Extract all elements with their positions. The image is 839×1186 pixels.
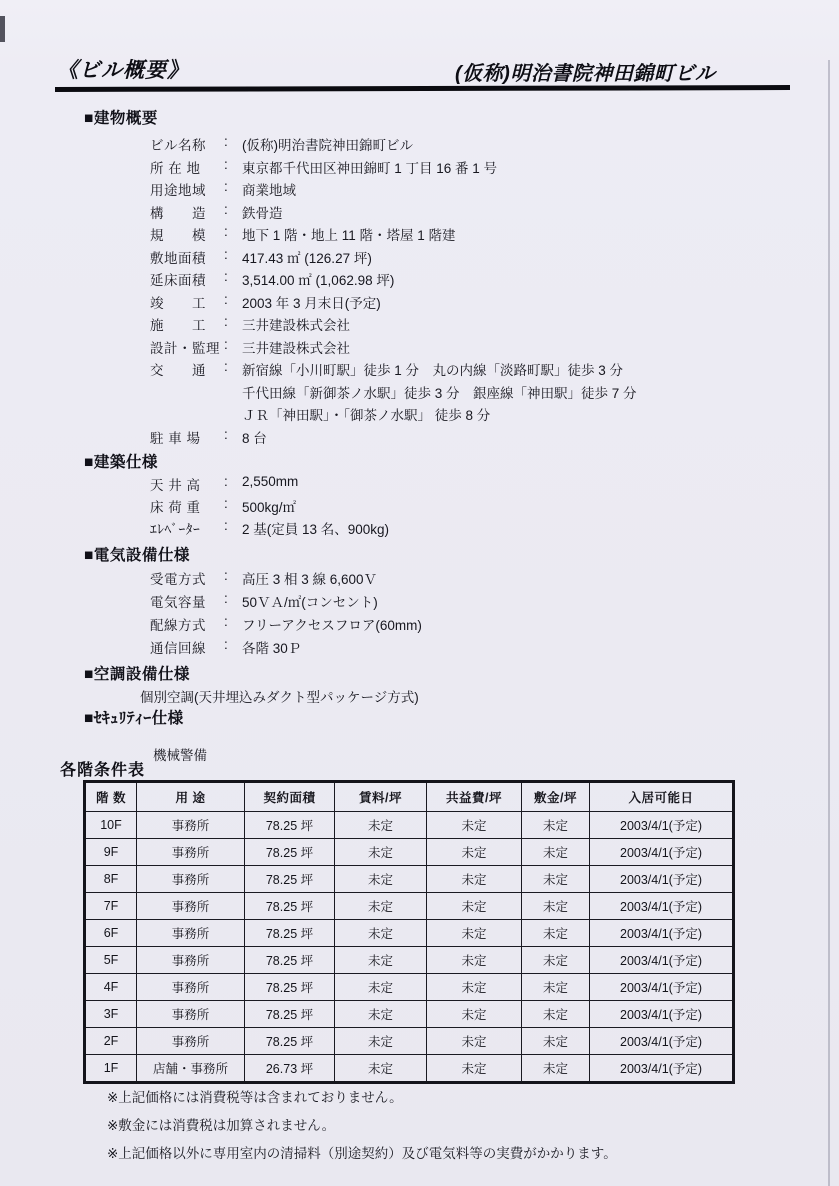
- table-cell: 2003/4/1(予定): [590, 839, 734, 866]
- spec-colon: :: [224, 247, 228, 262]
- floor-table-title: 各階条件表: [60, 757, 145, 780]
- table-cell: 2003/4/1(予定): [590, 920, 734, 947]
- spec-label: 交 通: [150, 359, 206, 379]
- spec-label: 敷地面積: [150, 247, 206, 267]
- table-cell: 78.25 坪: [245, 1001, 335, 1028]
- spec-row: 個別空調(天井埋込みダクト型パッケージ方式): [0, 686, 839, 708]
- spec-row-continuation: 千代田線「新御茶ノ水駅」徒歩 3 分 銀座線「神田駅」徒歩 7 分: [0, 382, 839, 404]
- spec-row: 敷地面積:417.43 ㎡ (126.27 坪): [0, 247, 839, 269]
- spec-value: 各階 30Ｐ: [242, 637, 301, 657]
- table-cell: 未定: [522, 1001, 590, 1028]
- spec-colon: :: [224, 496, 228, 511]
- spec-label: 設計・監理: [150, 337, 220, 357]
- table-cell: 未定: [522, 866, 590, 893]
- table-cell: 未定: [335, 947, 427, 974]
- spec-value: 500kg/㎡: [242, 496, 296, 516]
- section-heading: ■空調設備仕様: [84, 662, 190, 684]
- table-cell: 未定: [427, 1001, 522, 1028]
- spec-colon: :: [224, 568, 228, 583]
- spec-value: 3,514.00 ㎡ (1,062.98 坪): [242, 269, 394, 289]
- table-cell: 未定: [522, 839, 590, 866]
- table-cell: 事務所: [137, 893, 245, 920]
- building-name-title: (仮称)明治書院神田錦町ビル: [455, 57, 715, 86]
- table-row: 3F事務所78.25 坪未定未定未定2003/4/1(予定): [85, 1001, 734, 1028]
- spec-colon: :: [224, 591, 228, 606]
- table-cell: 未定: [522, 893, 590, 920]
- table-cell: 事務所: [137, 1001, 245, 1028]
- spec-label: 駐 車 場: [150, 427, 201, 447]
- table-cell: 未定: [427, 812, 522, 839]
- table-cell: 2003/4/1(予定): [590, 1028, 734, 1055]
- spec-value: ＪＲ「神田駅」・「御茶ノ水駅」 徒歩 8 分: [242, 404, 490, 424]
- spec-label: 受電方式: [150, 568, 206, 588]
- column-header: 契約面積: [245, 782, 335, 812]
- column-header: 用 途: [137, 782, 245, 812]
- spec-value: 個別空調(天井埋込みダクト型パッケージ方式): [140, 686, 419, 706]
- table-cell: 事務所: [137, 920, 245, 947]
- spec-colon: :: [224, 179, 228, 194]
- table-cell: 事務所: [137, 1028, 245, 1055]
- table-row: 6F事務所78.25 坪未定未定未定2003/4/1(予定): [85, 920, 734, 947]
- floor-table-head: 階 数用 途契約面積賃料/坪共益費/坪敷金/坪入居可能日: [85, 782, 734, 812]
- spec-colon: :: [224, 518, 228, 533]
- table-cell: 2F: [85, 1028, 137, 1055]
- table-cell: 2003/4/1(予定): [590, 812, 734, 839]
- table-cell: 78.25 坪: [245, 1028, 335, 1055]
- spec-colon: :: [224, 314, 228, 329]
- table-cell: 未定: [427, 920, 522, 947]
- spec-label: 施 工: [150, 314, 206, 334]
- spec-label: ビル名称: [150, 134, 206, 154]
- table-cell: 7F: [85, 893, 137, 920]
- table-row: 9F事務所78.25 坪未定未定未定2003/4/1(予定): [85, 839, 734, 866]
- table-cell: 1F: [85, 1055, 137, 1083]
- section-heading: ■電気設備仕様: [84, 543, 190, 565]
- spec-colon: :: [224, 637, 228, 652]
- table-cell: 3F: [85, 1001, 137, 1028]
- column-header: 賃料/坪: [335, 782, 427, 812]
- table-cell: 78.25 坪: [245, 893, 335, 920]
- table-cell: 未定: [522, 974, 590, 1001]
- spec-colon: :: [224, 224, 228, 239]
- table-cell: 事務所: [137, 839, 245, 866]
- column-header: 階 数: [85, 782, 137, 812]
- table-row: 5F事務所78.25 坪未定未定未定2003/4/1(予定): [85, 947, 734, 974]
- table-cell: 未定: [335, 1001, 427, 1028]
- scan-edge-artifact: [0, 16, 5, 42]
- spec-value: 2003 年 3 月末日(予定): [242, 292, 381, 312]
- spec-row: 施 工:三井建設株式会社: [0, 314, 839, 336]
- spec-label: 用途地域: [150, 179, 206, 199]
- table-cell: 事務所: [137, 974, 245, 1001]
- spec-value: 三井建設株式会社: [242, 314, 350, 334]
- spec-colon: :: [224, 614, 228, 629]
- table-cell: 10F: [85, 812, 137, 839]
- table-cell: 未定: [335, 974, 427, 1001]
- spec-label: 規 模: [150, 224, 206, 244]
- spec-row: 設計・監理:三井建設株式会社: [0, 337, 839, 359]
- spec-value: 8 台: [242, 427, 267, 447]
- table-cell: 未定: [427, 839, 522, 866]
- floor-conditions-table: 階 数用 途契約面積賃料/坪共益費/坪敷金/坪入居可能日 10F事務所78.25…: [83, 780, 735, 1084]
- section-heading: ■ｾｷｭﾘﾃｨｰ仕様: [84, 706, 184, 728]
- spec-colon: :: [224, 292, 228, 307]
- table-cell: 未定: [427, 974, 522, 1001]
- table-cell: 8F: [85, 866, 137, 893]
- title-underline: [55, 85, 790, 92]
- spec-colon: :: [224, 427, 228, 442]
- table-cell: 78.25 坪: [245, 974, 335, 1001]
- column-header: 共益費/坪: [427, 782, 522, 812]
- spec-row: 規 模:地下 1 階・地上 11 階・塔屋 1 階建: [0, 224, 839, 246]
- footnote: ※上記価格には消費税等は含まれておりません。: [107, 1086, 403, 1106]
- table-cell: 6F: [85, 920, 137, 947]
- column-header: 敷金/坪: [522, 782, 590, 812]
- spec-row: 駐 車 場:8 台: [0, 427, 839, 449]
- spec-value: 50ＶＡ/㎡(コンセント): [242, 591, 378, 611]
- spec-colon: :: [224, 202, 228, 217]
- spec-colon: :: [224, 134, 228, 149]
- table-cell: 4F: [85, 974, 137, 1001]
- spec-row: 電気容量:50ＶＡ/㎡(コンセント): [0, 591, 839, 613]
- table-cell: 未定: [335, 1028, 427, 1055]
- spec-value: 千代田線「新御茶ノ水駅」徒歩 3 分 銀座線「神田駅」徒歩 7 分: [242, 382, 637, 402]
- table-cell: 事務所: [137, 947, 245, 974]
- table-cell: 2003/4/1(予定): [590, 947, 734, 974]
- spec-row: ｴﾚﾍﾞｰﾀｰ:2 基(定員 13 名、900kg): [0, 518, 839, 540]
- table-cell: 未定: [427, 1055, 522, 1083]
- spec-row: 用途地域:商業地域: [0, 179, 839, 201]
- column-header: 入居可能日: [590, 782, 734, 812]
- spec-row: ビル名称:(仮称)明治書院神田錦町ビル: [0, 134, 839, 156]
- table-cell: 9F: [85, 839, 137, 866]
- table-cell: 未定: [522, 920, 590, 947]
- spec-value: (仮称)明治書院神田錦町ビル: [242, 134, 413, 154]
- spec-value: 新宿線「小川町駅」徒歩 1 分 丸の内線「淡路町駅」徒歩 3 分: [242, 359, 623, 379]
- table-cell: 未定: [335, 866, 427, 893]
- spec-row: 構 造:鉄骨造: [0, 202, 839, 224]
- header-row: 階 数用 途契約面積賃料/坪共益費/坪敷金/坪入居可能日: [85, 782, 734, 812]
- spec-value: 高圧 3 相 3 線 6,600Ｖ: [242, 568, 377, 588]
- table-cell: 店舗・事務所: [137, 1055, 245, 1083]
- spec-value: 鉄骨造: [242, 202, 283, 222]
- spec-colon: :: [224, 337, 228, 352]
- table-cell: 未定: [522, 1028, 590, 1055]
- spec-label: 電気容量: [150, 591, 206, 611]
- table-cell: 2003/4/1(予定): [590, 1055, 734, 1083]
- table-cell: 未定: [335, 893, 427, 920]
- table-cell: 未定: [335, 920, 427, 947]
- table-cell: 78.25 坪: [245, 839, 335, 866]
- spec-label: 延床面積: [150, 269, 206, 289]
- spec-row-continuation: ＪＲ「神田駅」・「御茶ノ水駅」 徒歩 8 分: [0, 404, 839, 426]
- spec-colon: :: [224, 474, 228, 489]
- table-cell: 2003/4/1(予定): [590, 1001, 734, 1028]
- table-row: 2F事務所78.25 坪未定未定未定2003/4/1(予定): [85, 1028, 734, 1055]
- table-cell: 未定: [335, 839, 427, 866]
- spec-colon: :: [224, 359, 228, 374]
- table-cell: 78.25 坪: [245, 947, 335, 974]
- spec-value: 東京都千代田区神田錦町 1 丁目 16 番 1 号: [242, 157, 497, 177]
- spec-value: 機械警備: [153, 744, 207, 764]
- spec-value: フリーアクセスフロア(60mm): [242, 614, 422, 634]
- spec-row: 通信回線:各階 30Ｐ: [0, 637, 839, 659]
- spec-value: 2,550mm: [242, 474, 298, 489]
- table-cell: 26.73 坪: [245, 1055, 335, 1083]
- spec-row: 受電方式:高圧 3 相 3 線 6,600Ｖ: [0, 568, 839, 590]
- footnote: ※上記価格以外に専用室内の清掃料（別途契約）及び電気料等の実費がかかります。: [107, 1142, 617, 1162]
- footnote: ※敷金には消費税は加算されません。: [107, 1114, 335, 1134]
- document-title: 《ビル概要》: [57, 54, 189, 84]
- section-heading: ■建築仕様: [84, 450, 158, 472]
- spec-label: 配線方式: [150, 614, 206, 634]
- spec-label: 床 荷 重: [150, 496, 201, 516]
- spec-label: 天 井 高: [150, 474, 201, 494]
- spec-value: 商業地域: [242, 179, 296, 199]
- scanned-document-page: 《ビル概要》 (仮称)明治書院神田錦町ビル ■建物概要ビル名称:(仮称)明治書院…: [0, 0, 839, 1186]
- table-cell: 未定: [522, 812, 590, 839]
- table-cell: 未定: [427, 1028, 522, 1055]
- spec-row: 延床面積:3,514.00 ㎡ (1,062.98 坪): [0, 269, 839, 291]
- spec-row: 竣 工:2003 年 3 月末日(予定): [0, 292, 839, 314]
- table-cell: 未定: [522, 1055, 590, 1083]
- table-cell: 事務所: [137, 866, 245, 893]
- table-cell: 事務所: [137, 812, 245, 839]
- spec-row: 交 通:新宿線「小川町駅」徒歩 1 分 丸の内線「淡路町駅」徒歩 3 分: [0, 359, 839, 381]
- table-cell: 2003/4/1(予定): [590, 974, 734, 1001]
- table-cell: 未定: [335, 812, 427, 839]
- section-heading: ■建物概要: [84, 106, 158, 128]
- spec-row: 配線方式:フリーアクセスフロア(60mm): [0, 614, 839, 636]
- table-cell: 未定: [427, 866, 522, 893]
- table-row: 7F事務所78.25 坪未定未定未定2003/4/1(予定): [85, 893, 734, 920]
- spec-label: 所 在 地: [150, 157, 201, 177]
- table-cell: 未定: [335, 1055, 427, 1083]
- table-row: 4F事務所78.25 坪未定未定未定2003/4/1(予定): [85, 974, 734, 1001]
- table-row: 1F店舗・事務所26.73 坪未定未定未定2003/4/1(予定): [85, 1055, 734, 1083]
- spec-label: ｴﾚﾍﾞｰﾀｰ: [150, 518, 200, 538]
- table-cell: 78.25 坪: [245, 866, 335, 893]
- table-row: 10F事務所78.25 坪未定未定未定2003/4/1(予定): [85, 812, 734, 839]
- spec-colon: :: [224, 157, 228, 172]
- table-row: 8F事務所78.25 坪未定未定未定2003/4/1(予定): [85, 866, 734, 893]
- table-cell: 2003/4/1(予定): [590, 866, 734, 893]
- table-cell: 5F: [85, 947, 137, 974]
- spec-colon: :: [224, 269, 228, 284]
- spec-value: 2 基(定員 13 名、900kg): [242, 518, 389, 538]
- table-cell: 未定: [427, 947, 522, 974]
- table-cell: 2003/4/1(予定): [590, 893, 734, 920]
- spec-label: 通信回線: [150, 637, 206, 657]
- table-cell: 未定: [522, 947, 590, 974]
- spec-label: 構 造: [150, 202, 206, 222]
- spec-value: 三井建設株式会社: [242, 337, 350, 357]
- spec-value: 地下 1 階・地上 11 階・塔屋 1 階建: [242, 224, 456, 244]
- spec-label: 竣 工: [150, 292, 206, 312]
- floor-table-body: 10F事務所78.25 坪未定未定未定2003/4/1(予定)9F事務所78.2…: [85, 812, 734, 1083]
- table-cell: 未定: [427, 893, 522, 920]
- spec-row: 天 井 高:2,550mm: [0, 474, 839, 496]
- spec-row: 床 荷 重:500kg/㎡: [0, 496, 839, 518]
- table-cell: 78.25 坪: [245, 920, 335, 947]
- spec-row: 所 在 地:東京都千代田区神田錦町 1 丁目 16 番 1 号: [0, 157, 839, 179]
- table-cell: 78.25 坪: [245, 812, 335, 839]
- spec-value: 417.43 ㎡ (126.27 坪): [242, 247, 372, 267]
